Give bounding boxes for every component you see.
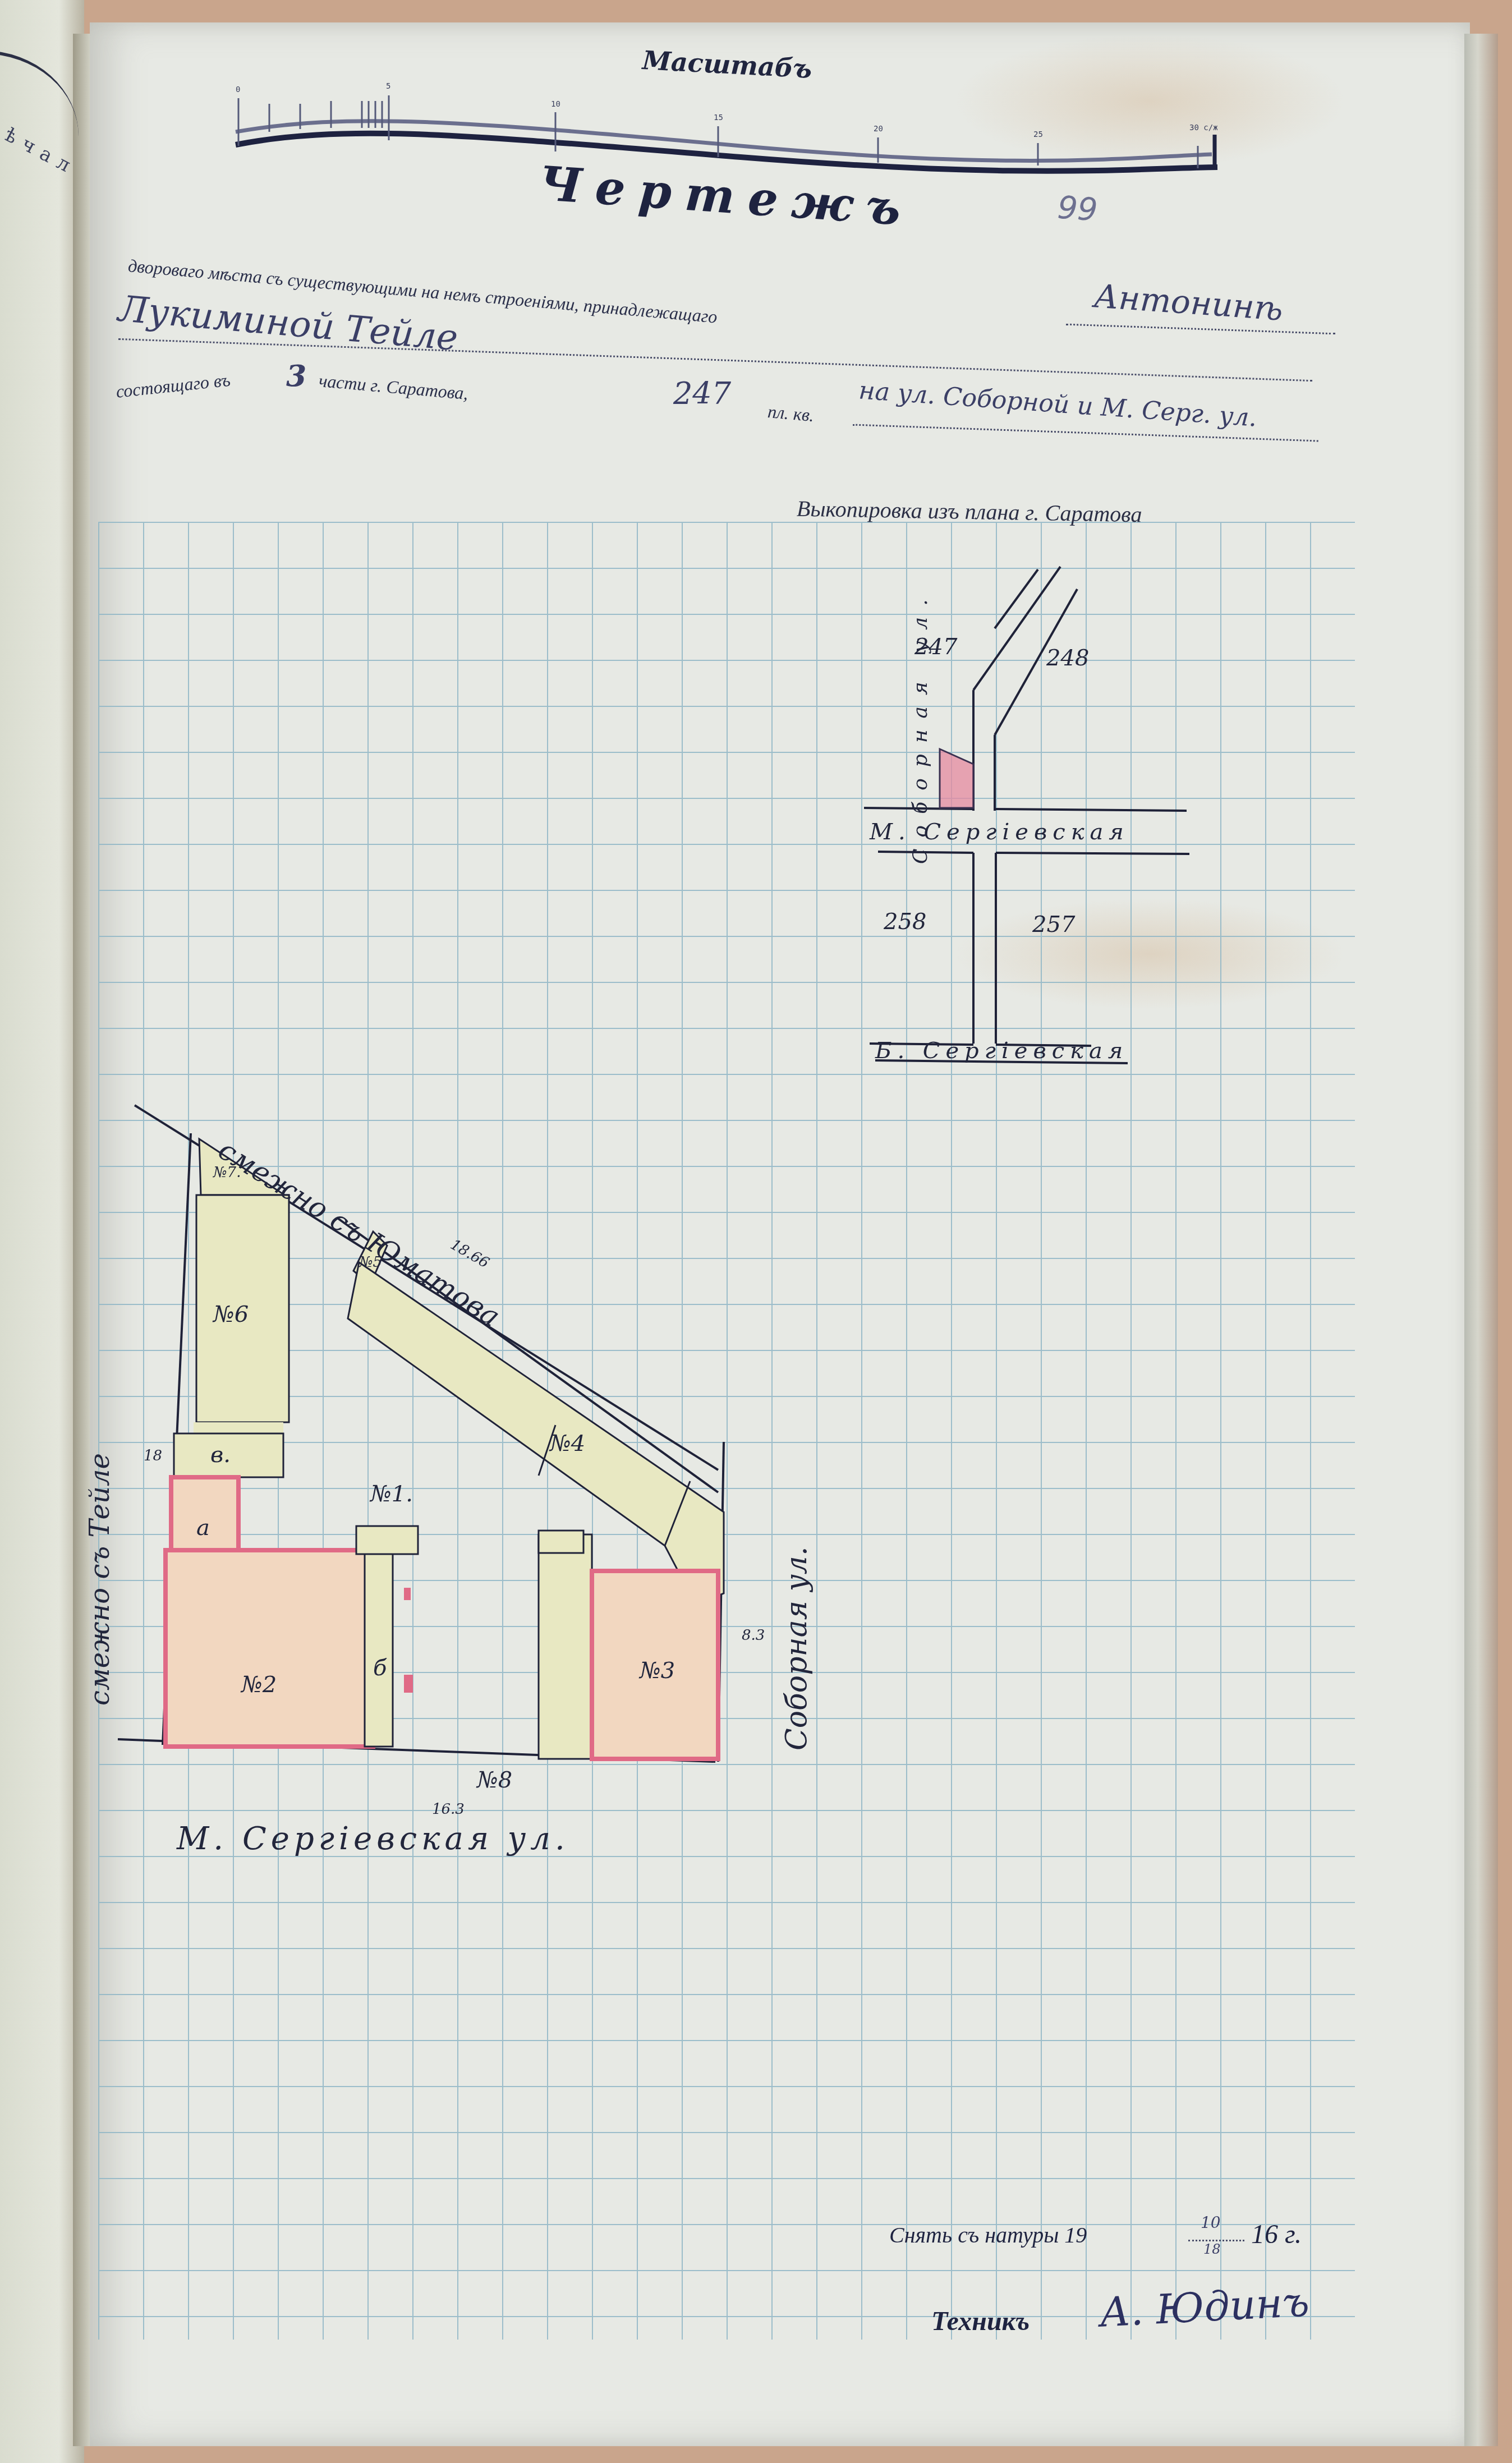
building-7-label: №7.	[213, 1164, 241, 1181]
street-bottom-label: М. Сергіевская ул.	[177, 1821, 569, 1857]
building-a-label: а	[196, 1515, 210, 1541]
date-fraction-bottom: 18	[1203, 2241, 1221, 2257]
block-257-label: 257	[1032, 912, 1075, 938]
header-line-3c: пл. кв.	[767, 401, 815, 426]
excerpt-street-bottom: Б. Сергіевская	[875, 1038, 1128, 1064]
scale-tick-25: 25	[1033, 130, 1043, 139]
scale-tick-5: 5	[386, 82, 390, 91]
block-number: 247	[673, 376, 731, 411]
date-underline	[1188, 2240, 1244, 2241]
book-background-left	[0, 0, 84, 2463]
block-248-label: 248	[1046, 645, 1089, 671]
scale-tick-0: 0	[236, 85, 240, 94]
scale-tick-20: 20	[874, 125, 883, 134]
technician-label: Техникъ	[931, 2306, 1030, 2337]
building-b-label: б	[373, 1655, 387, 1681]
block-258-label: 258	[884, 909, 926, 935]
graph-paper-grid	[98, 522, 1355, 2340]
surveyed-label: Снять съ натуры 19	[889, 2222, 1087, 2248]
archive-page-number: 99	[1056, 190, 1099, 229]
building-3-label: №3	[640, 1658, 675, 1684]
street-right-label: Соборная ул.	[780, 1547, 814, 1750]
left-page-edge	[73, 34, 90, 2446]
scale-bar: 0 5 10 15 20 25 30 с/ж	[236, 90, 1223, 157]
excerpt-street-vertical: Соборная ул.	[909, 588, 932, 864]
building-8-label: №8	[477, 1767, 512, 1793]
building-6-label: №6	[213, 1302, 249, 1327]
part-number: 3	[286, 359, 306, 393]
building-1-label: №1.	[370, 1481, 413, 1507]
dimension-left: 18	[144, 1448, 162, 1464]
building-2-label: №2	[241, 1672, 277, 1698]
building-v-label: в.	[210, 1442, 231, 1468]
right-page-edges	[1464, 34, 1498, 2446]
date-fraction-top: 10	[1201, 2213, 1221, 2232]
dimension-right: 8.3	[742, 1627, 765, 1644]
scale-tick-15: 15	[714, 113, 723, 122]
building-5-label: №5	[359, 1254, 382, 1271]
building-4-label: №4	[550, 1431, 585, 1456]
year-suffix: 16 г.	[1251, 2219, 1302, 2250]
scale-tick-10: 10	[551, 100, 560, 109]
scale-tick-30: 30 с/ж	[1189, 123, 1218, 132]
dimension-bottom: 16.3	[432, 1801, 465, 1818]
neighbor-left-label: смежно съ Тейле	[84, 1453, 116, 1706]
